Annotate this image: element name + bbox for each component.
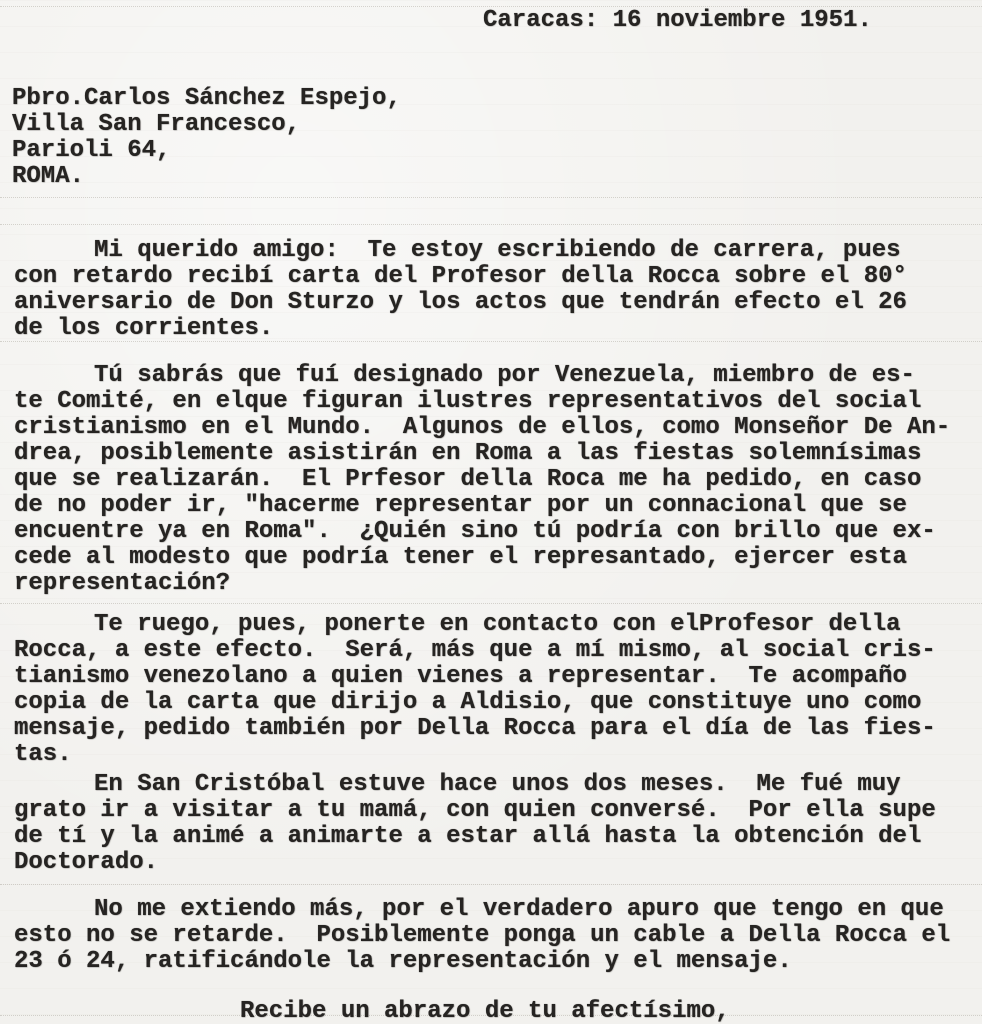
recipient-address: Pbro.Carlos Sánchez Espejo, Villa San Fr… — [12, 86, 401, 190]
closing-line: Recibe un abrazo de tu afectísimo, — [240, 999, 730, 1024]
paragraph-san-cristobal: En San Cristóbal estuve hace unos dos me… — [14, 772, 936, 876]
paragraph-request: Te ruego, pues, ponerte en contacto con … — [14, 612, 936, 768]
scan-artifact-line — [0, 603, 982, 604]
paragraph-committee: Tú sabrás que fuí designado por Venezuel… — [14, 363, 950, 597]
scan-artifact-line — [0, 884, 982, 885]
scan-artifact-line — [0, 197, 982, 198]
paragraph-greeting: Mi querido amigo: Te estoy escribiendo d… — [14, 238, 907, 342]
letter-page: Caracas: 16 noviembre 1951. Pbro.Carlos … — [0, 0, 982, 1024]
dateline: Caracas: 16 noviembre 1951. — [483, 8, 872, 34]
paragraph-farewell-note: No me extiendo más, por el verdadero apu… — [14, 897, 950, 975]
scan-artifact-line — [0, 224, 982, 225]
